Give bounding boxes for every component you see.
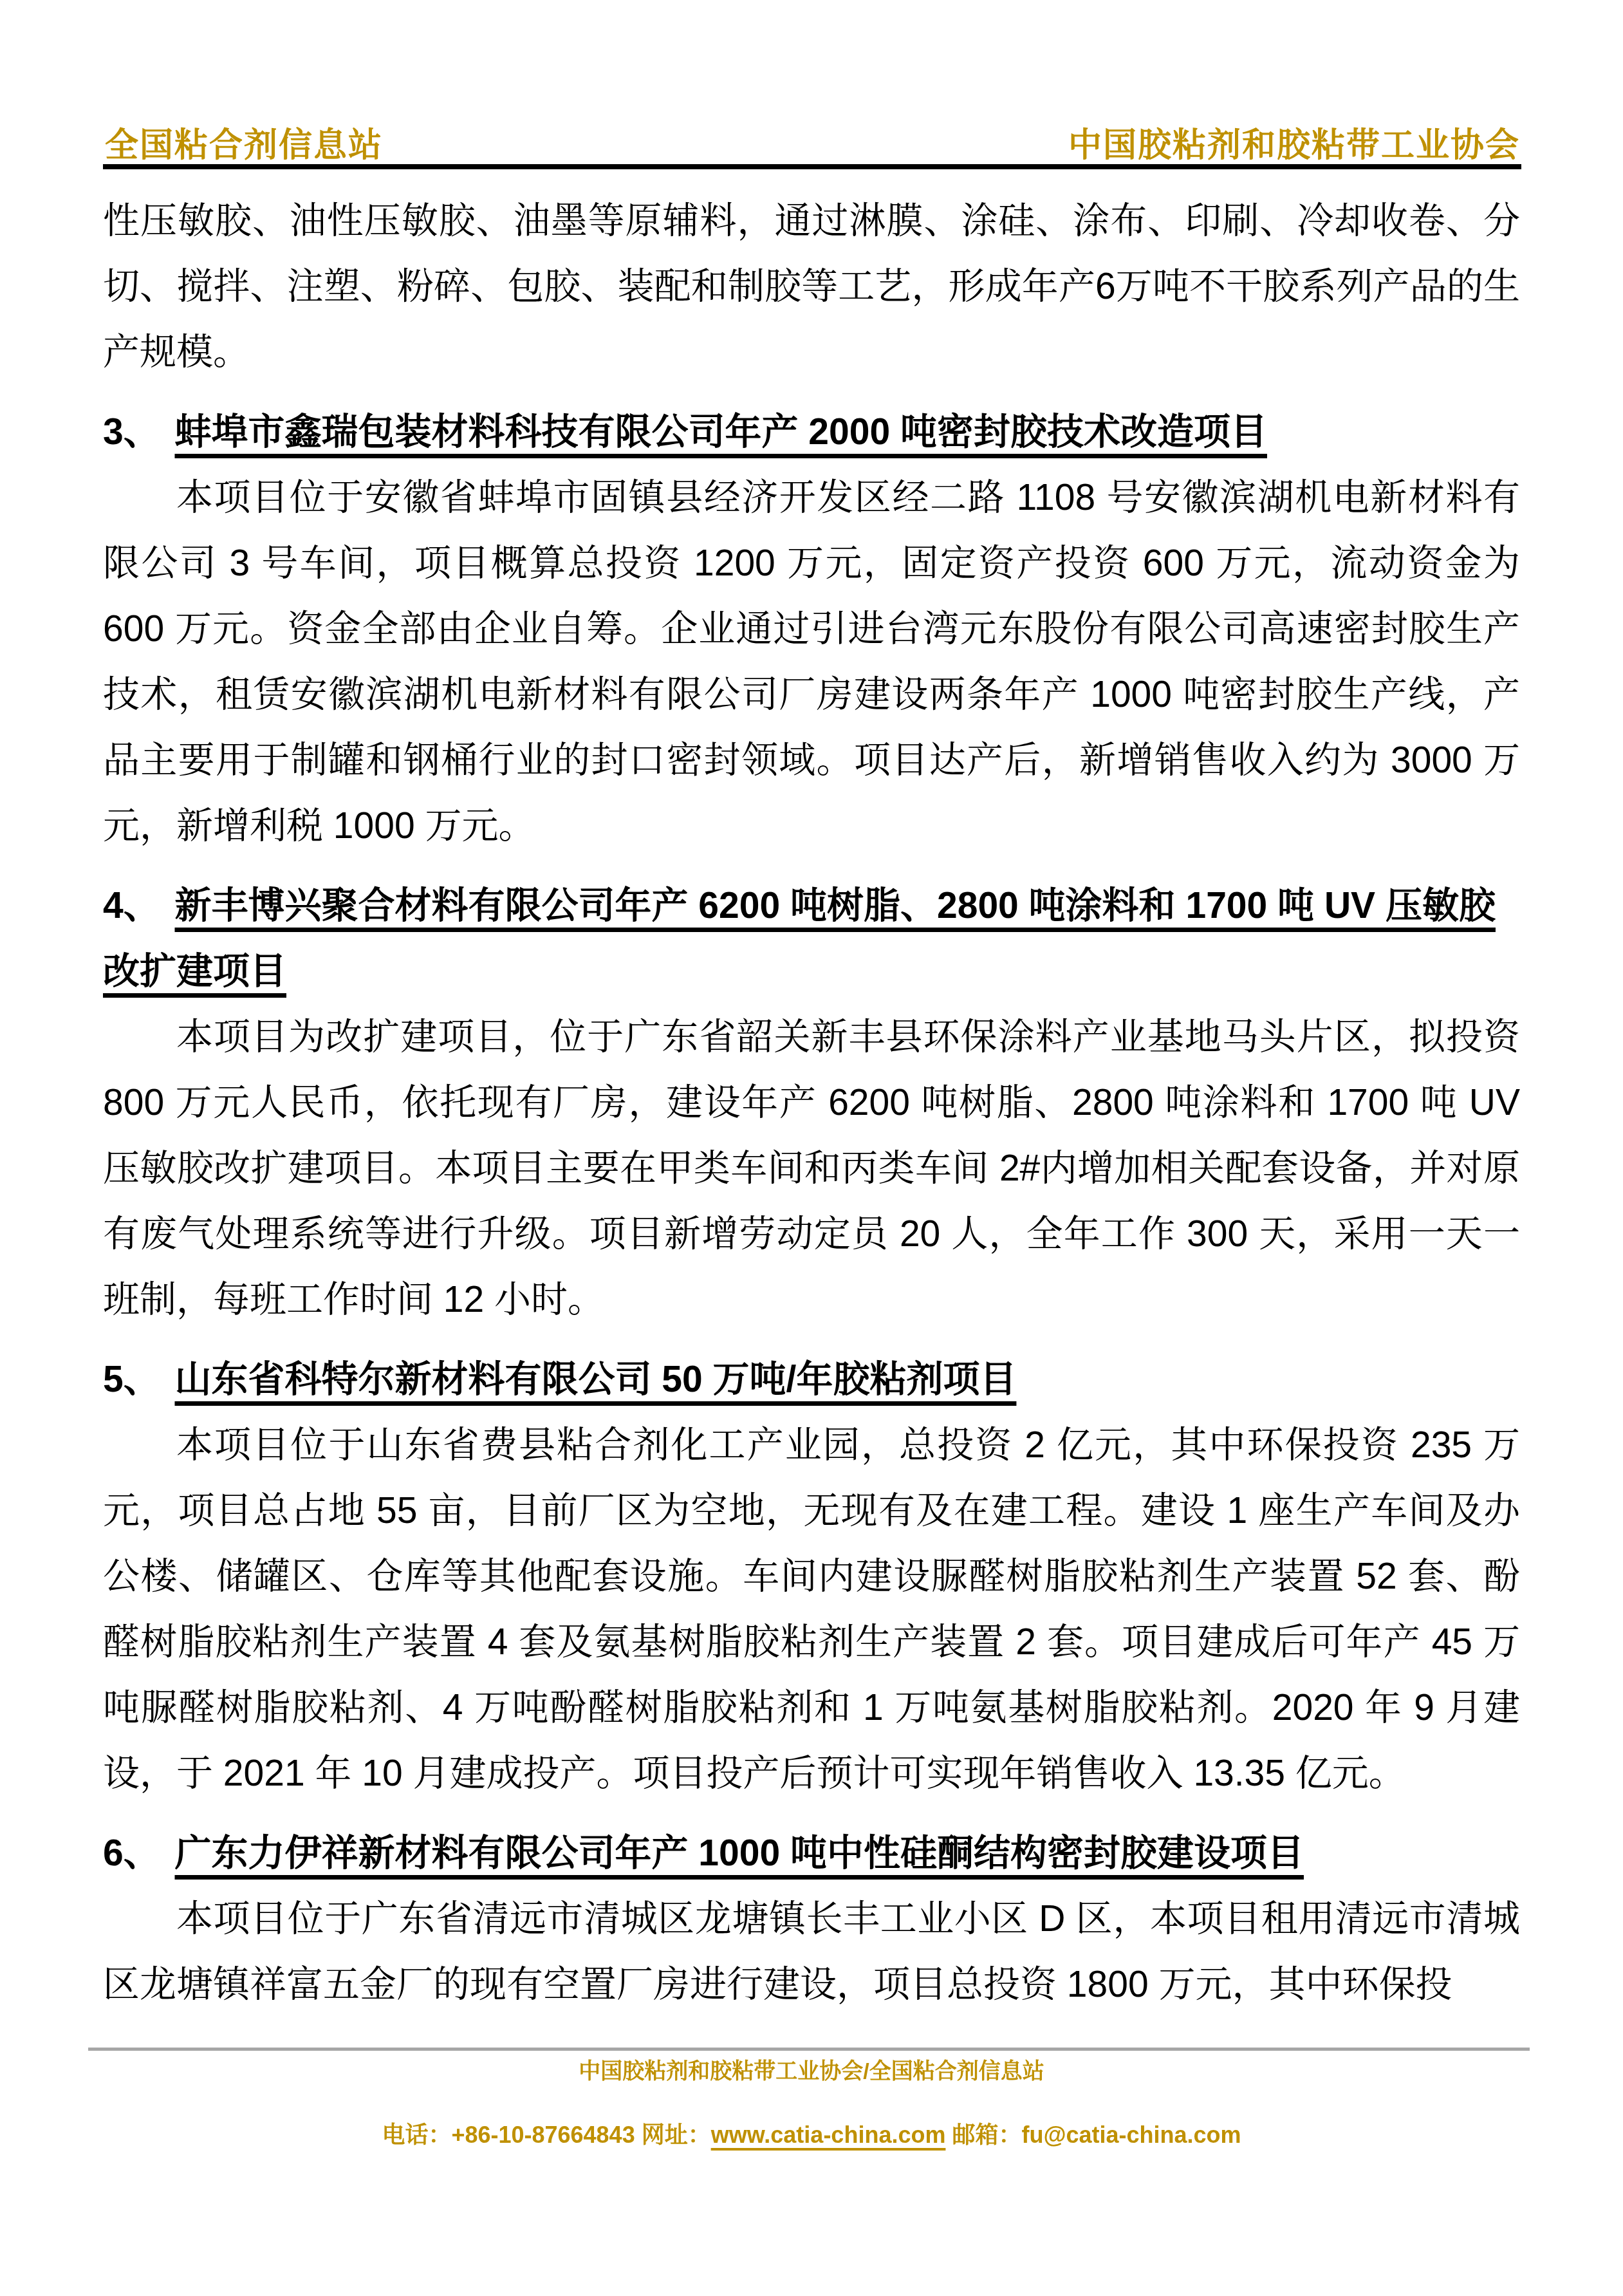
section-4-paragraph: 本项目为改扩建项目，位于广东省韶关新丰县环保涂料产业基地马头片区，拟投资 800…	[103, 1004, 1520, 1332]
section-4-title: 新丰博兴聚合材料有限公司年产 6200 吨树脂、2800 吨涂料和 1700 吨…	[103, 885, 1496, 992]
footer-email-label: 邮箱：fu@catia-china.com	[945, 2122, 1241, 2148]
document-page: 全国粘合剂信息站 中国胶粘剂和胶粘带工业协会 性压敏胶、油性压敏胶、油墨等原辅料…	[0, 0, 1623, 2296]
section-6-heading: 6、广东力伊祥新材料有限公司年产 1000 吨中性硅酮结构密封胶建设项目	[103, 1820, 1520, 1886]
section-5-title: 山东省科特尔新材料有限公司 50 万吨/年胶粘剂项目	[175, 1359, 1017, 1400]
footer-phone-and-web-label: 电话：+86-10-87664843 网址：	[382, 2122, 710, 2148]
section-6-number: 6、	[103, 1833, 160, 1874]
section-3-title: 蚌埠市鑫瑞包装材料科技有限公司年产 2000 吨密封胶技术改造项目	[175, 411, 1267, 453]
section-3-heading: 3、蚌埠市鑫瑞包装材料科技有限公司年产 2000 吨密封胶技术改造项目	[103, 399, 1520, 465]
section-4-number: 4、	[103, 885, 160, 926]
footer-org-line: 中国胶粘剂和胶粘带工业协会/全国粘合剂信息站	[0, 2057, 1623, 2086]
intro-paragraph: 性压敏胶、油性压敏胶、油墨等原辅料，通过淋膜、涂硅、涂布、印刷、冷却收卷、分切、…	[103, 188, 1520, 385]
header-left-title: 全国粘合剂信息站	[105, 118, 383, 166]
section-6-paragraph: 本项目位于广东省清远市清城区龙塘镇长丰工业小区 D 区，本项目租用清远市清城区龙…	[103, 1886, 1520, 2017]
section-3-paragraph: 本项目位于安徽省蚌埠市固镇县经济开发区经二路 1108 号安徽滨湖机电新材料有限…	[103, 465, 1520, 859]
section-4-heading: 4、新丰博兴聚合材料有限公司年产 6200 吨树脂、2800 吨涂料和 1700…	[103, 873, 1520, 1004]
section-6-title: 广东力伊祥新材料有限公司年产 1000 吨中性硅酮结构密封胶建设项目	[175, 1833, 1304, 1874]
page-header: 全国粘合剂信息站 中国胶粘剂和胶粘带工业协会	[105, 118, 1520, 166]
header-right-title: 中国胶粘剂和胶粘带工业协会	[1068, 118, 1520, 166]
section-3-number: 3、	[103, 411, 160, 453]
header-rule	[103, 164, 1521, 169]
footer-contact-line: 电话：+86-10-87664843 网址：www.catia-china.co…	[0, 2119, 1623, 2151]
footer-website-link[interactable]: www.catia-china.com	[711, 2122, 946, 2148]
section-5-number: 5、	[103, 1359, 160, 1400]
document-body: 性压敏胶、油性压敏胶、油墨等原辅料，通过淋膜、涂硅、涂布、印刷、冷却收卷、分切、…	[103, 188, 1520, 2017]
section-5-paragraph: 本项目位于山东省费县粘合剂化工产业园，总投资 2 亿元，其中环保投资 235 万…	[103, 1412, 1520, 1806]
footer-rule	[88, 2048, 1530, 2051]
section-5-heading: 5、山东省科特尔新材料有限公司 50 万吨/年胶粘剂项目	[103, 1347, 1520, 1412]
